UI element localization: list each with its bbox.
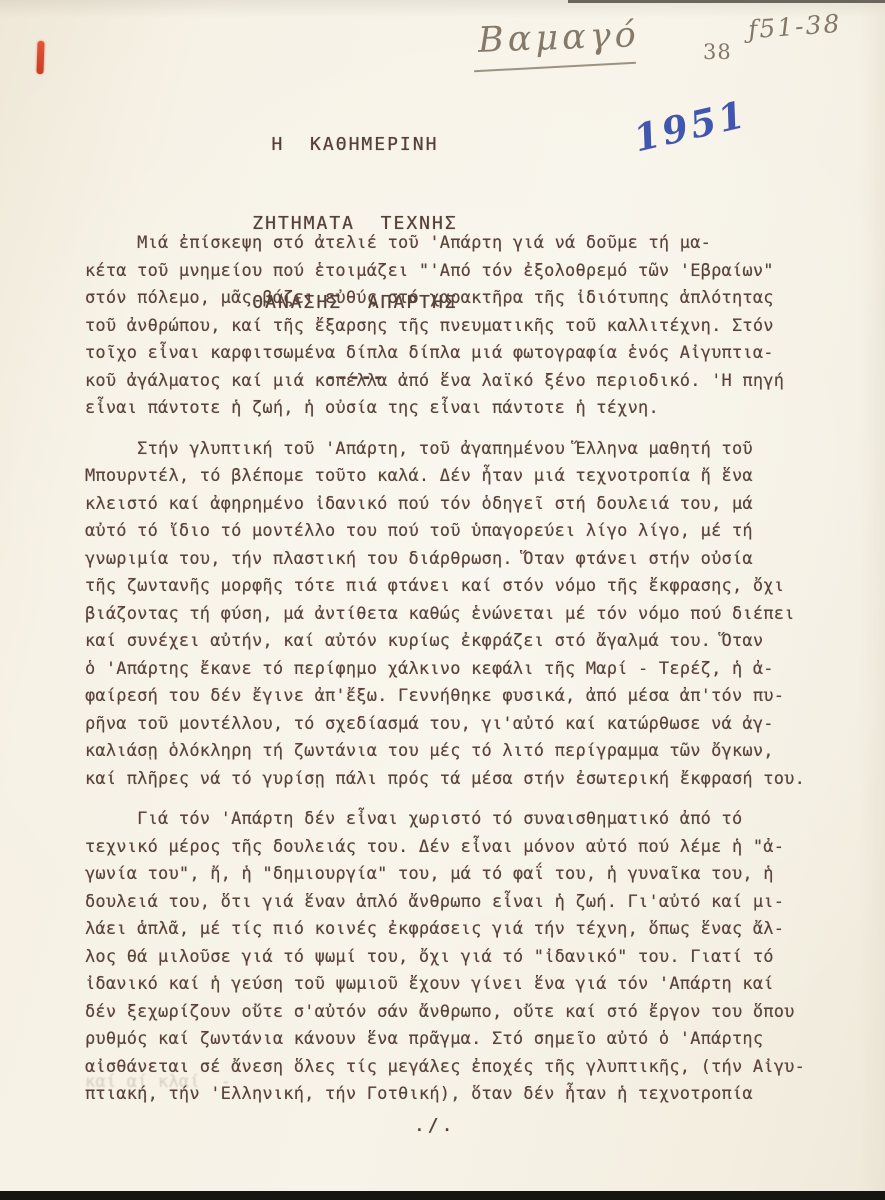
typescript-line: φαίρεσή του δέν ἔγινε ἀπ'ἔξω. Γεννήθηκε …	[85, 683, 845, 711]
typescript-line: λος θά μιλοῦσε γιά τό ψωμί του, ὄχι γιά …	[85, 944, 845, 972]
typescript-line: κοῦ ἀγάλματος καί μιά κοπέλλα ἀπό ἕνα λα…	[85, 368, 845, 396]
paragraph: Γιά τόν 'Απάρτη δέν εἶναι χωριστό τό συν…	[85, 806, 845, 1109]
paper-edge-shading	[859, 0, 885, 1200]
typescript-body: Μιά ἐπίσκεψη στό ἀτελιέ τοῦ 'Απάρτη γιά …	[85, 230, 845, 1122]
handwritten-underline	[474, 62, 636, 72]
typescript-line: Μιά ἐπίσκεψη στό ἀτελιέ τοῦ 'Απάρτη γιά …	[85, 230, 845, 258]
typescript-line: τεχνικό μέρος τῆς δουλειάς του. Δέν εἶνα…	[85, 834, 845, 862]
typescript-line: τοῦ ἀνθρώπου, καί τῆς ἔξαρσης τῆς πνευμα…	[85, 313, 845, 341]
typescript-line: Γιά τόν 'Απάρτη δέν εἶναι χωριστό τό συν…	[85, 806, 845, 834]
typescript-line: κλειστό καί ἀφηρημένο ἰδανικό πού τόν ὁδ…	[85, 491, 845, 519]
typescript-line: δουλειά του, ὅτι γιά ἕναν ἁπλό ἄνθρωπο ε…	[85, 889, 845, 917]
typescript-line: καλιάσῃ ὁλόκληρη τή ζωντάνια του μές τό …	[85, 738, 845, 766]
scan-bottom-strip	[0, 1191, 885, 1200]
typescript-line: ρυθμός καί ζωντάνια κάνουν ἕνα πρᾶγμα. Σ…	[85, 1026, 845, 1054]
handwritten-name-annotation: Βαμαγό	[477, 15, 640, 61]
typescript-line: τοῖχο εἶναι καρφιτσωμένα δίπλα δίπλα μιά…	[85, 340, 845, 368]
typescript-line: εἶναι πάντοτε ἡ ζωή, ἡ οὐσία της εἶναι π…	[85, 395, 845, 423]
typescript-line: στόν πόλεμο, μᾶς βάζει εὐθύς στό χαρακτῆ…	[85, 285, 845, 313]
typescript-line: Στήν γλυπτική τοῦ 'Απάρτη, τοῦ ἀγαπημένο…	[85, 436, 845, 464]
handwritten-year-blue-ink: 1951	[630, 92, 752, 161]
typewritten-document-page: Βαμαγό 38 ƒ51-38 1951 Η ΚΑΘΗΜΕΡΙΝΗ ΖΗΤΗΜ…	[0, 0, 885, 1200]
paragraph: Μιά ἐπίσκεψη στό ἀτελιέ τοῦ 'Απάρτη γιά …	[85, 230, 845, 423]
typescript-line: γωνία του", ἤ, ἡ "δημιουργία" του, μά τό…	[85, 861, 845, 889]
typescript-line: κέτα τοῦ μνημείου πού ἑτοιμάζει "'Από τό…	[85, 258, 845, 286]
typescript-line: τῆς ζωντανῆς μορφῆς τότε πιά φτάνει καί …	[85, 573, 845, 601]
red-margin-mark	[36, 41, 44, 74]
typescript-line: ἰδανικό καί ἡ γεύση τοῦ ψωμιοῦ ἔχουν γίν…	[85, 971, 845, 999]
paragraph: Στήν γλυπτική τοῦ 'Απάρτη, τοῦ ἀγαπημένο…	[85, 436, 845, 794]
typescript-line: αὐτό τό ἴδιο τό μοντέλλο του πού τοῦ ὑπα…	[85, 518, 845, 546]
typescript-line: βιάζοντας τή φύση, μά ἀντίθετα καθώς ἑνώ…	[85, 601, 845, 629]
page-continuation-mark: ./.	[414, 1115, 456, 1136]
handwritten-file-reference: ƒ51-38	[747, 9, 842, 44]
handwritten-page-number: 38	[703, 40, 732, 64]
typescript-line: δέν ξεχωρίζουν οὔτε σ'αὐτόν σάν ἄνθρωπο,…	[85, 999, 845, 1027]
typescript-line: γνωριμία του, τήν πλαστική του διάρθρωση…	[85, 546, 845, 574]
scan-edge-line	[568, 0, 885, 3]
typescript-line: ρῆνα τοῦ μοντέλλου, τό σχεδίασμά του, γι…	[85, 711, 845, 739]
typescript-line: καί συνέχει αὐτήν, καί αὐτόν κυρίως ἐκφρ…	[85, 628, 845, 656]
typescript-line: Μπουρντέλ, τό βλέπομε τοῦτο καλά. Δέν ἦτ…	[85, 463, 845, 491]
newspaper-title: Η ΚΑΘΗΜΕΡΙΝΗ	[230, 134, 480, 155]
typescript-line: καί πλῆρες νά τό γυρίσῃ πάλι πρός τά μέσ…	[85, 766, 845, 794]
typescript-line: λάει ἁπλᾶ, μέ τίς πιό κοινές ἐκφράσεις γ…	[85, 916, 845, 944]
typescript-line: ὁ 'Απάρτης ἔκανε τό περίφημο χάλκινο κεφ…	[85, 656, 845, 684]
faded-erased-text: καί αί κλαί -	[85, 1072, 231, 1092]
